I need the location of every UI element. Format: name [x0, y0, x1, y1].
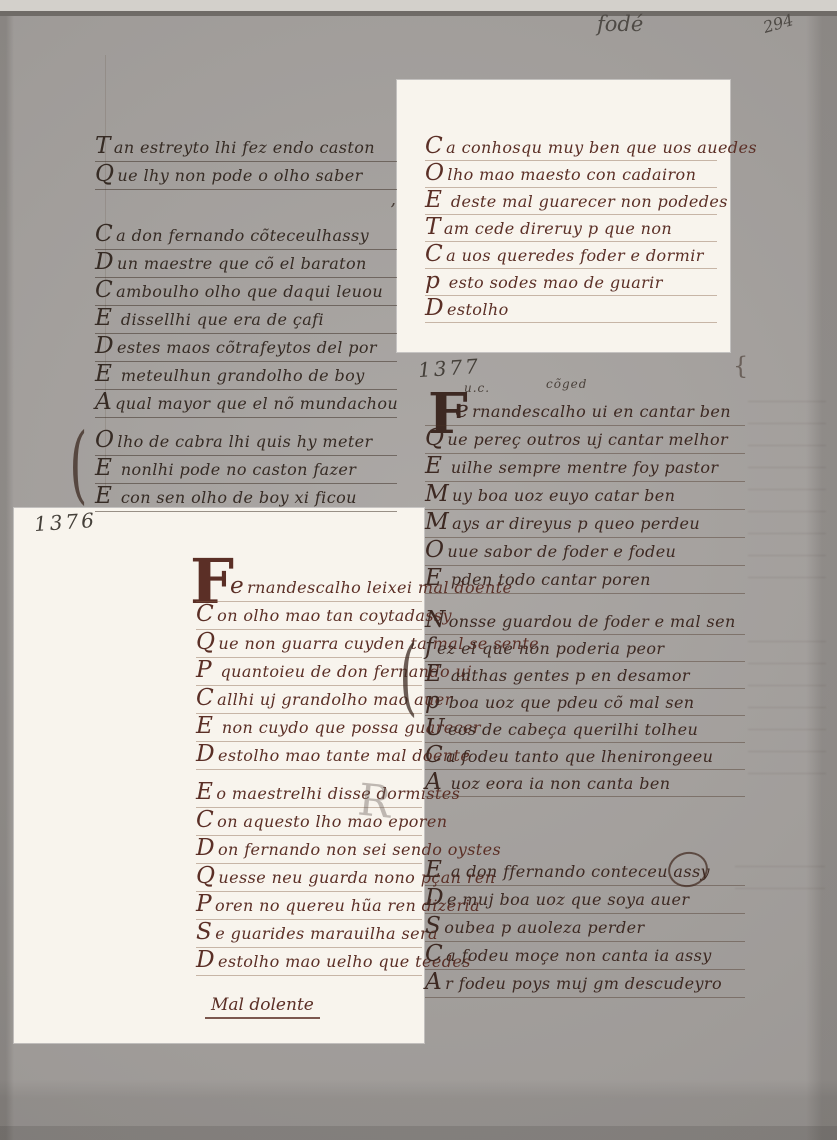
verse-line: E nonlhi pode no caston fazer [95, 456, 397, 484]
stanza-brace-mark: ( [399, 636, 417, 716]
verse-line: De muj boa uoz que soya auer [425, 886, 745, 914]
verse-line: Ca fodeu tanto que lhenirongeeu [425, 743, 745, 770]
verse-line: Que non guarra cuyden ta mal se sente [196, 630, 422, 658]
verse-line: Muy boa uoz euyo catar ben [425, 482, 745, 510]
verse-line: E anthas gentes p en desamor [425, 662, 745, 689]
verse-line: E non cuydo que possa guarecer [196, 714, 422, 742]
left-stanza-2: Ca don fernando cõteceulhassy Dun maestr… [95, 222, 397, 418]
verse-line: Tam cede direruy p que non [425, 215, 717, 242]
verse-line: ernandescalho leixei mal doente [196, 574, 422, 602]
verse-line: Se guarides marauilha sera [196, 920, 422, 948]
verse-line: E dissellhi que era de çafi [95, 306, 397, 334]
verse-line: E uilhe sempre mentre foy pastor [425, 454, 745, 482]
verse-line: Destes maos cõtrafeytos del por [95, 334, 397, 362]
verse-line: ernandescalho ui en cantar ben [425, 398, 745, 426]
left-stanza-1: Tan estreyto lhi fez endo caston Que lhy… [95, 134, 397, 190]
verse-line: E pden todo cantar poren [425, 566, 745, 594]
poem-1377-stanza-1: ernandescalho ui en cantar ben Que pereç… [425, 398, 745, 594]
verse-line: P quantoieu de don fernando uj [196, 658, 422, 686]
verse-line: Camboulho olho que daqui leuou [95, 278, 397, 306]
verse-line: p boa uoz que pdeu cõ mal sen [425, 689, 745, 716]
rubric-caption: Mal dolente [205, 995, 320, 1019]
verse-line: Ca fodeu moçe non canta ia assy [425, 942, 745, 970]
folio-number: 294 [761, 10, 796, 37]
verse-line: A uoz eora ia non canta ben [425, 770, 745, 797]
left-fiinda: Olho de cabra lhi quis hy meter E nonlhi… [95, 428, 397, 512]
bleed-through-letter: R [355, 774, 393, 828]
manuscript-page: fodé 294 Tan estreyto lhi fez endo casto… [0, 0, 837, 1140]
verse-line: Aqual mayor que el nõ mundachou [95, 390, 397, 418]
colocci-annotation-right: cõged [546, 377, 587, 391]
verse-line: E con sen olho de boy xi ficou [95, 484, 397, 512]
verse-line: Destolho mao tante mal doente [196, 742, 422, 770]
verse-line: Ar fodeu poys muj gm descudeyro [425, 970, 745, 998]
verse-line: Destolho mao uelho que teedes [196, 948, 422, 976]
right-highlight-stanza: Ca conhosqu muy ben que uos auedes Olho … [425, 134, 717, 323]
verse-line: Que pereç outros uj cantar melhor [425, 426, 745, 454]
verse-line: Nonsse guardou de foder e mal sen [425, 608, 745, 635]
poem-number-1376: 1376 [33, 508, 97, 536]
verse-line: Ca don fernando cõteceulhassy [95, 222, 397, 250]
bleed-through-streaks [748, 380, 826, 590]
verse-line: E deste mal guarecer non podedes [425, 188, 717, 215]
verse-line: Ca conhosqu muy ben que uos auedes [425, 134, 717, 161]
poem-1376-stanza-1: ernandescalho leixei mal doente Con olho… [196, 574, 422, 770]
verse-line: p esto sodes mao de guarir [425, 269, 717, 296]
ink-tick-mark: ’ [390, 200, 396, 221]
verse-line: E meteulhun grandolho de boy [95, 362, 397, 390]
poem-number-1377: 1377 [417, 354, 481, 382]
verse-line: Olho mao maesto con cadairon [425, 161, 717, 188]
verse-line: Destolho [425, 296, 717, 323]
verse-line: Ouue sabor de foder e fodeu [425, 538, 745, 566]
verse-line: fez el que non poderia peor [425, 635, 745, 662]
verse-line: Ca uos queredes foder e dormir [425, 242, 717, 269]
verse-line: Ueos de cabeça querilhi tolheu [425, 716, 745, 743]
verse-line: Con olho mao tan coytadassy [196, 602, 422, 630]
verse-line: Mays ar direyus p queo perdeu [425, 510, 745, 538]
bleed-through-streaks [748, 620, 826, 780]
pencil-title: fodé [597, 12, 643, 36]
verse-line: Olho de cabra lhi quis hy meter [95, 428, 397, 456]
verse-line: Que lhy non pode o olho saber [95, 162, 397, 190]
bleed-through-streaks [735, 845, 825, 895]
verse-line: Callhi uj grandolho mao auer [196, 686, 422, 714]
verse-line: Tan estreyto lhi fez endo caston [95, 134, 397, 162]
fiinda-brace-mark: ( [69, 424, 87, 504]
verse-line: Soubea p auoleza perder [425, 914, 745, 942]
verse-line: Dun maestre que cõ el baraton [95, 250, 397, 278]
verse-line: Don fernando non sei sendo oystes [196, 836, 422, 864]
poem-1377-stanza-2: Nonsse guardou de foder e mal sen fez el… [425, 608, 745, 797]
verse-line: Poren no quereu hũa ren dizeria [196, 892, 422, 920]
verse-line: Quesse neu guarda nono pçan ren [196, 864, 422, 892]
marginal-curl-mark: { [733, 352, 748, 380]
